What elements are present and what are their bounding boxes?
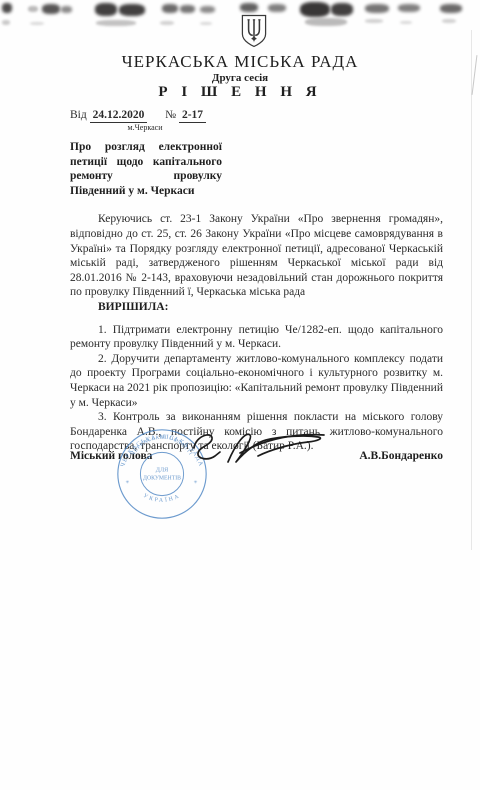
doc-date: 24.12.2020	[90, 109, 148, 123]
scan-edge-line	[471, 30, 472, 550]
stamp-bottom-text: УКРАЇНА	[142, 493, 181, 504]
scan-smudge	[162, 4, 178, 13]
svg-text:УКРАЇНА: УКРАЇНА	[142, 493, 181, 504]
scan-smudge	[440, 4, 462, 13]
scan-smudge	[28, 6, 38, 12]
scan-smudge	[300, 2, 330, 17]
scan-smudge	[95, 3, 117, 16]
scan-smudge	[180, 5, 195, 13]
scan-smudge	[268, 4, 286, 12]
doc-number: 2-17	[179, 109, 206, 123]
stamp-center-line2: ДОКУМЕНТІВ	[143, 475, 181, 481]
scan-smudge	[42, 4, 60, 14]
scan-smudge	[331, 3, 353, 16]
scan-smudge	[365, 19, 383, 23]
decision-item-1: 1. Підтримати електронну петицію Че/1282…	[70, 323, 443, 352]
scan-smudge	[200, 6, 215, 13]
doc-title: Про розгляд електронної петиції щодо кап…	[70, 140, 222, 198]
stamp-star-right-icon: ✳	[194, 480, 198, 485]
scan-smudge	[160, 21, 174, 25]
session-label: Друга сесія	[0, 72, 480, 84]
scan-smudge	[400, 21, 412, 24]
scan-smudge	[240, 3, 258, 12]
number-label: №	[165, 109, 176, 121]
stamp-center-line1: ДЛЯ	[156, 468, 168, 474]
scan-smudge	[119, 4, 145, 16]
doc-meta-line: Від 24.12.2020 № 2-17	[70, 109, 206, 121]
organization-name: ЧЕРКАСЬКА МІСЬКА РАДА	[0, 52, 480, 72]
scan-smudge	[200, 22, 212, 25]
preamble-paragraph: Керуючись ст. 23-1 Закону України «Про з…	[70, 212, 443, 300]
scan-smudge	[305, 18, 347, 26]
scan-smudge	[2, 3, 12, 13]
date-label: Від	[70, 109, 87, 121]
signer-name: А.В.Бондаренко	[359, 450, 443, 462]
scan-smudge	[365, 4, 389, 13]
scan-smudge	[442, 19, 456, 23]
scan-smudge	[2, 20, 10, 25]
document-type-heading: Р І Ш Е Н Н Я	[0, 84, 480, 101]
handwritten-signature	[182, 426, 332, 472]
scan-smudge	[30, 22, 44, 25]
scanned-decision-document: ЧЕРКАСЬКА МІСЬКА РАДА Друга сесія Р І Ш …	[0, 0, 480, 790]
scan-smudge	[61, 6, 72, 13]
scan-smudge	[96, 20, 136, 26]
resolved-heading: ВИРІШИЛА:	[70, 300, 443, 315]
stamp-star-left-icon: ✳	[126, 480, 130, 485]
scan-smudge	[398, 4, 420, 12]
document-body: Про розгляд електронної петиції щодо кап…	[70, 140, 443, 454]
decision-item-2: 2. Доручити департаменту житлово-комунал…	[70, 352, 443, 410]
trident-emblem-icon	[240, 14, 268, 48]
doc-city: м.Черкаси	[110, 123, 180, 132]
